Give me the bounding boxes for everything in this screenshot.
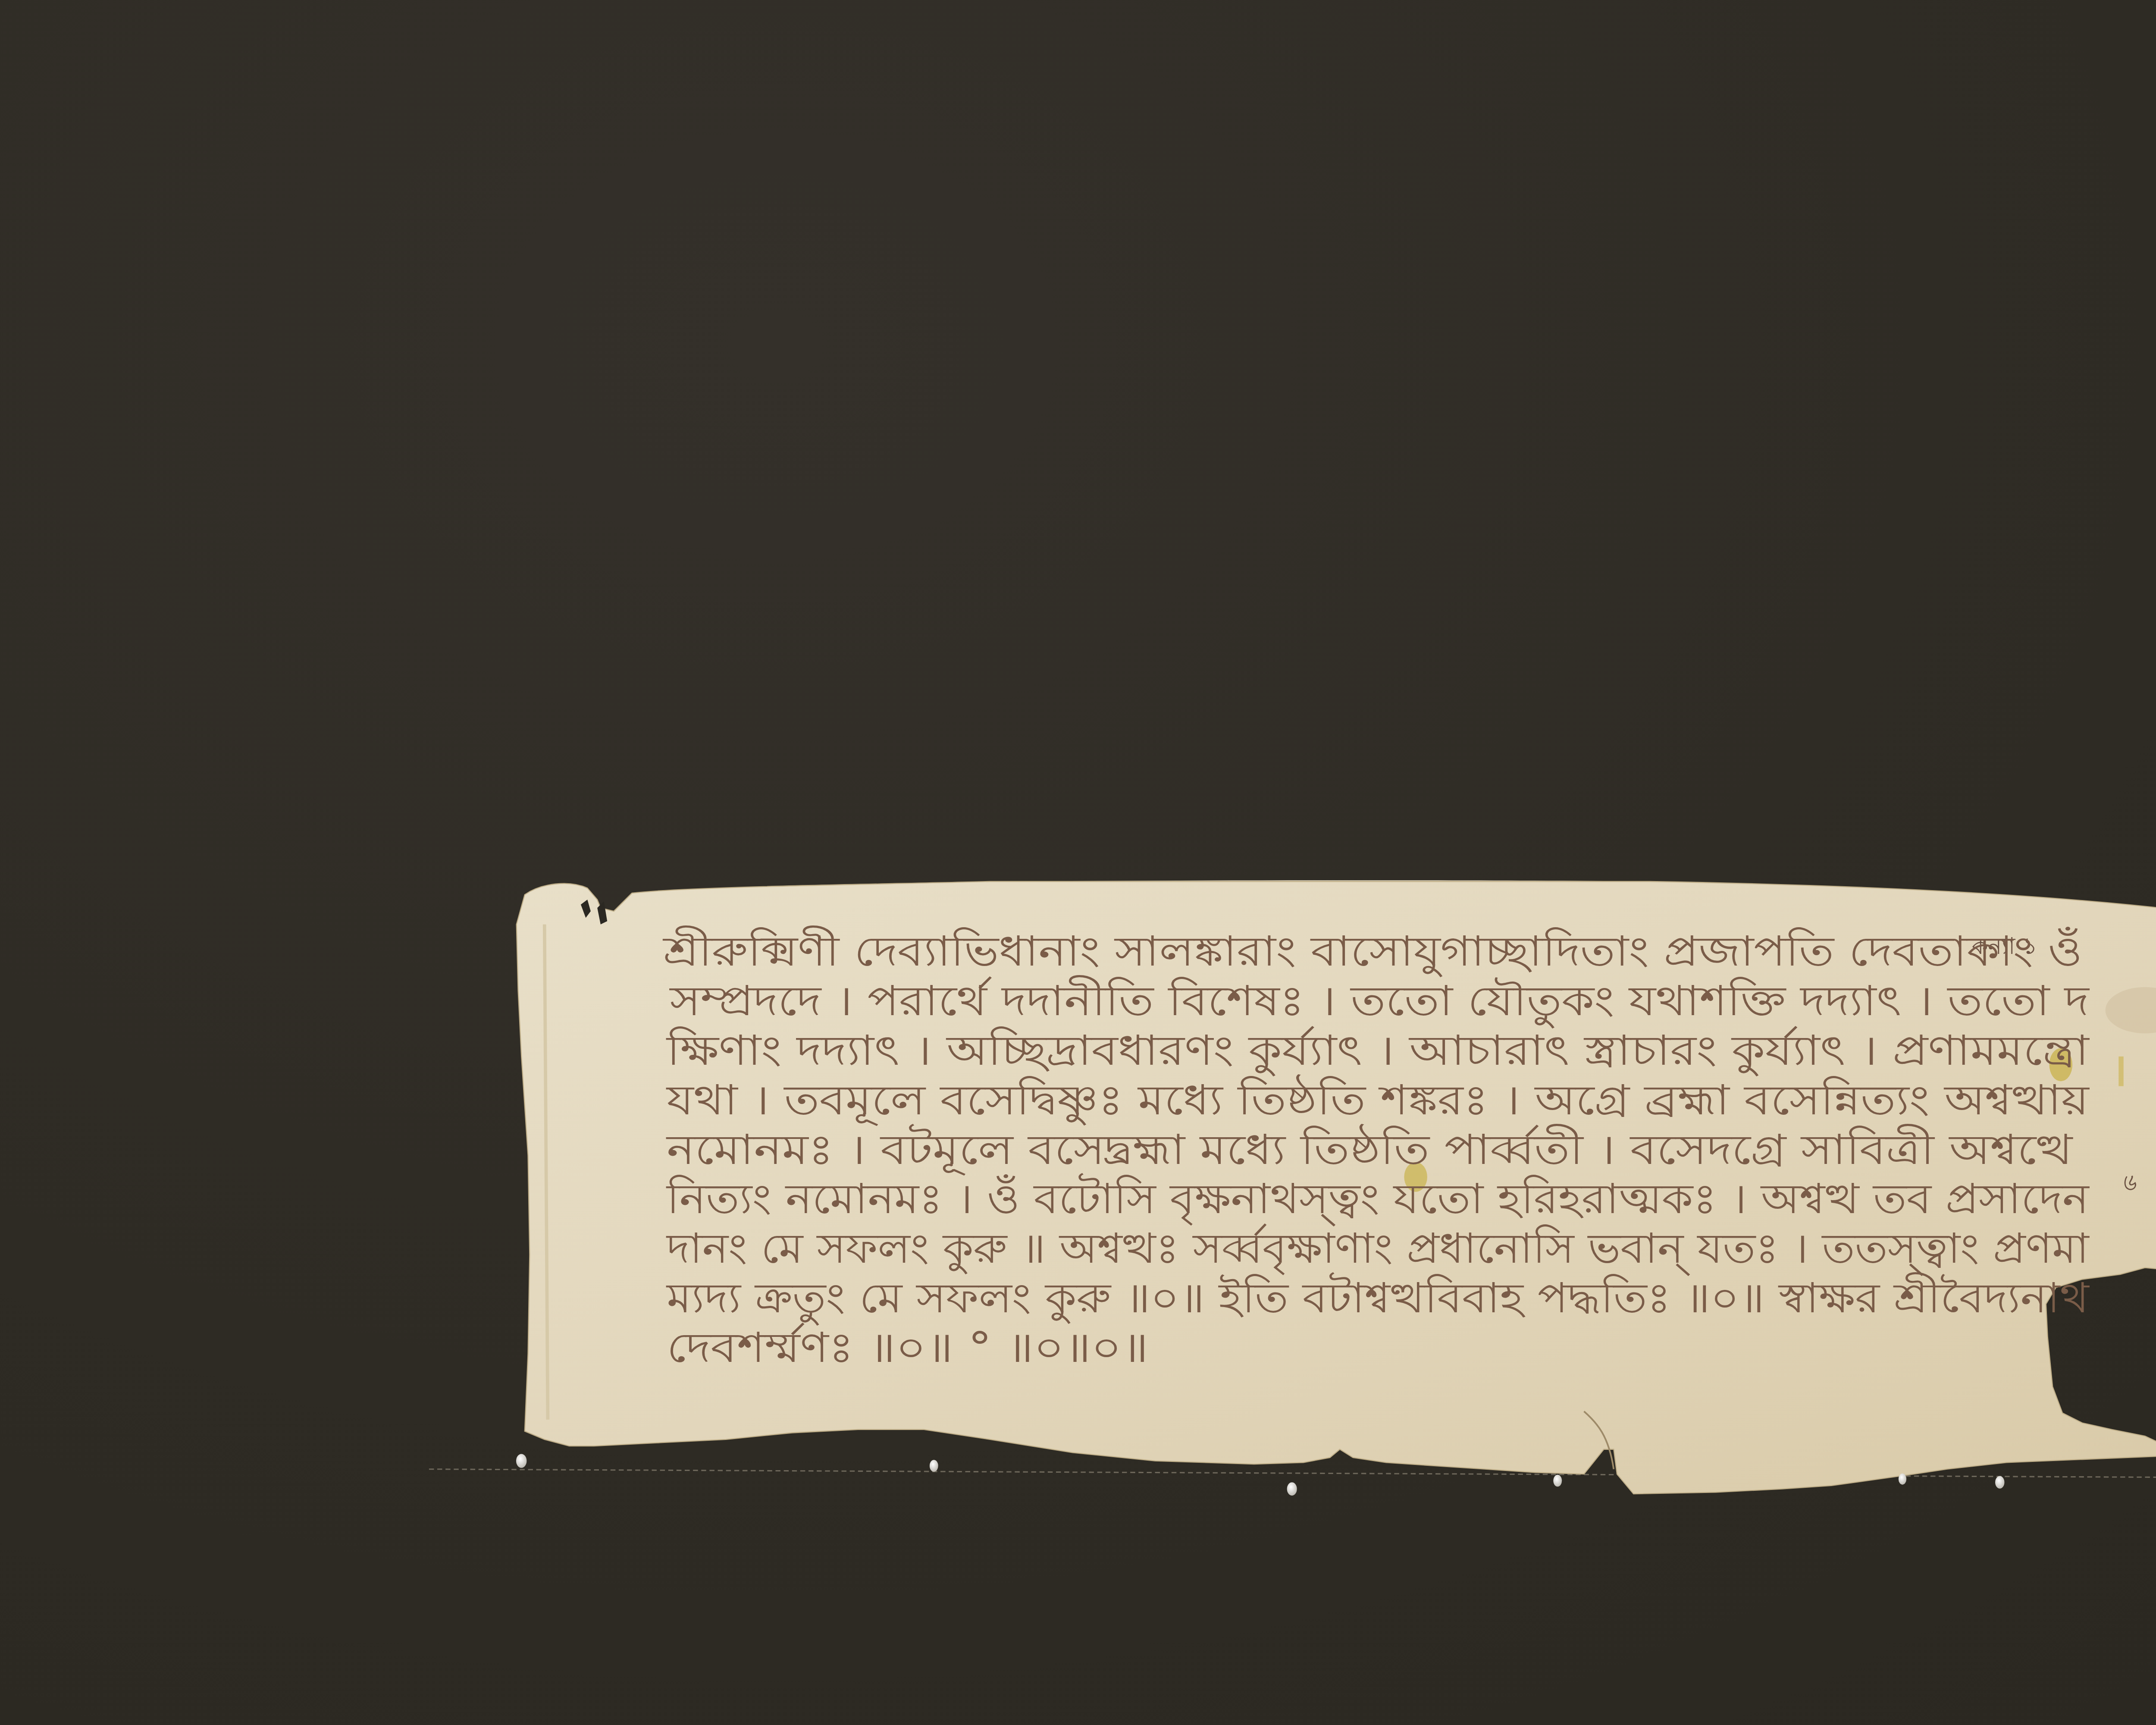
text-line-7: দানং মে সফলং কুরু ॥ অশ্বত্থঃ সর্ব্ববৃক্ষ… — [666, 1223, 2090, 1276]
pin-icon — [1553, 1475, 1562, 1487]
text-line-1: শ্রীরুক্মিণী দেব্যাভিধানাং সালঙ্কারাং বা… — [662, 925, 2082, 977]
text-line-6: নিত্যং নমোনমঃ । ওঁ বটোসি বৃক্ষনাথস্ত্বং … — [666, 1173, 2090, 1226]
text-line-5: নমোনমঃ । বটমূলে বসেদ্ব্রহ্মা মধ্যে তিষ্ঠ… — [666, 1124, 2073, 1176]
pin-icon — [930, 1460, 938, 1472]
pin-icon — [516, 1454, 526, 1468]
pin-icon — [1995, 1476, 2004, 1489]
ink-stain — [2118, 1057, 2123, 1086]
pin-icon — [1287, 1482, 1297, 1496]
text-line-2: সম্প্রদদে । পরার্থে দদানীতি বিশেষঃ । ততো… — [669, 975, 2090, 1029]
manuscript-scene: কন্যা ১ ৬ শ্রীরুক্মিণী দেব্যাভিধানাং সাল… — [0, 0, 2156, 1725]
text-line-8: ম্যদ্য ক্রতুং মে সফলং কুরু ॥০॥ ইতি বটাশ্… — [666, 1272, 2090, 1326]
stage: কন্যা ১ ৬ শ্রীরুক্মিণী দেব্যাভিধানাং সাল… — [0, 0, 2156, 1725]
pin-icon — [1899, 1474, 1906, 1485]
manuscript-text-block: শ্রীরুক্মিণী দেব্যাভিধানাং সালঙ্কারাং বা… — [662, 925, 2090, 1372]
text-line-3: ক্ষিণাং দদ্যাৎ । অচ্ছিদ্রাবধারণং কুর্য্য… — [666, 1026, 2090, 1076]
text-line-9: দেবশর্ম্মণঃ ॥০॥ ° ॥০॥০॥ — [667, 1323, 1148, 1372]
text-line-4: যথা । তবমূলে বসেদ্বিষ্ণুঃ মধ্যে তিষ্ঠতি … — [666, 1074, 2090, 1126]
